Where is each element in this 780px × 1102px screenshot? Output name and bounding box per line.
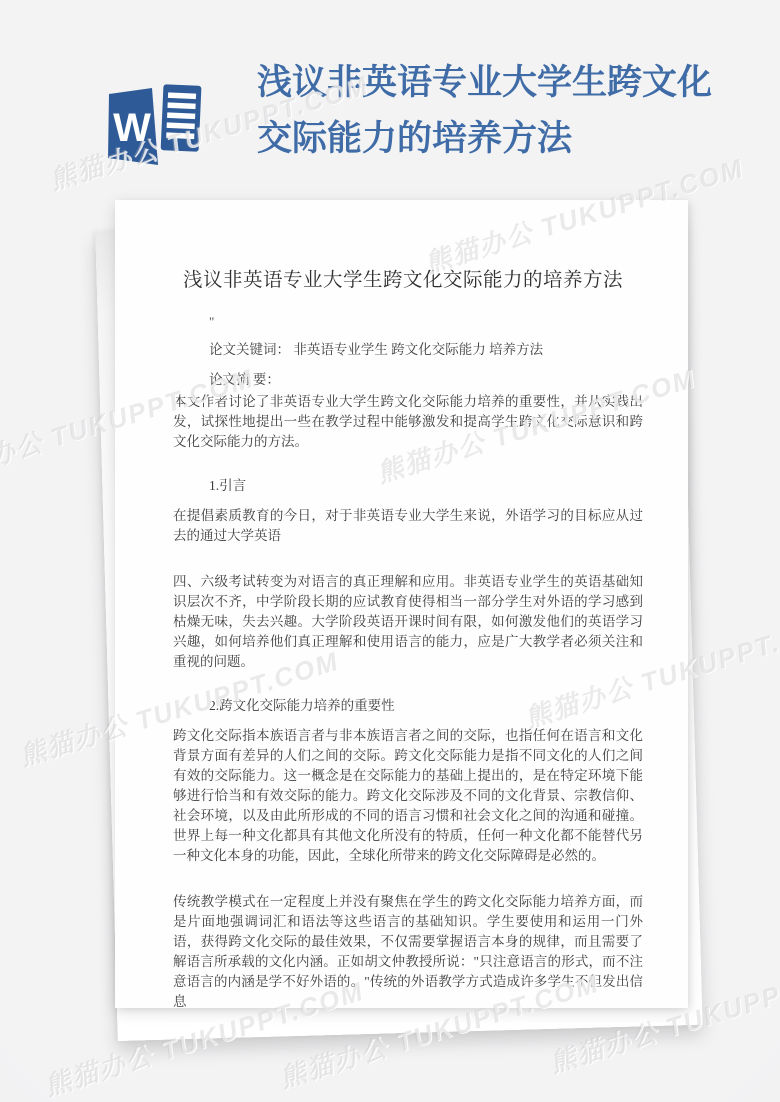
doc-paragraph: 传统教学模式在一定程度上并没有聚焦在学生的跨文化交际能力培养方面，而是片面地强调… <box>173 892 643 1012</box>
doc-paragraph: 在提倡素质教育的今日，对于非英语专业大学生来说，外语学习的目标应从过去的通过大学… <box>173 506 643 546</box>
page-background: W 浅议非英语专业大学生跨文化交际能力的培养方法 浅议非英语专业大学生跨文化交际… <box>0 0 780 1102</box>
doc-paragraph: 四、六级考试转变为对语言的真正理解和应用。非英语专业学生的英语基础知识层次不齐，… <box>173 572 643 672</box>
word-icon-letter: W <box>113 106 151 150</box>
word-file-icon: W <box>106 84 206 169</box>
document-page: 浅议非英语专业大学生跨文化交际能力的培养方法"论文关键词： 非英语专业学生 跨文… <box>115 200 688 1008</box>
doc-paragraph: 论文摘 要： <box>173 370 643 390</box>
page-title: 浅议非英语专业大学生跨文化交际能力的培养方法 <box>257 55 725 167</box>
header: W 浅议非英语专业大学生跨文化交际能力的培养方法 <box>0 0 780 200</box>
doc-paragraph: " <box>173 312 643 332</box>
word-icon-graphic: W <box>106 84 206 169</box>
doc-heading: 2.跨文化交际能力培养的重要性 <box>173 696 643 716</box>
doc-paragraph: 本文作者讨论了非英语专业大学生跨文化交际能力培养的重要性，并从实践出发，试探性地… <box>173 392 643 452</box>
doc-paragraph: 跨文化交际指本族语言者与非本族语言者之间的交际，也指任何在语言和文化背景方面有差… <box>173 726 643 866</box>
doc-heading: 1.引言 <box>173 476 643 496</box>
doc-paragraph: 论文关键词： 非英语专业学生 跨文化交际能力 培养方法 <box>173 340 643 360</box>
document-content: 浅议非英语专业大学生跨文化交际能力的培养方法"论文关键词： 非英语专业学生 跨文… <box>173 268 643 1012</box>
doc-title: 浅议非英语专业大学生跨文化交际能力的培养方法 <box>183 268 643 294</box>
